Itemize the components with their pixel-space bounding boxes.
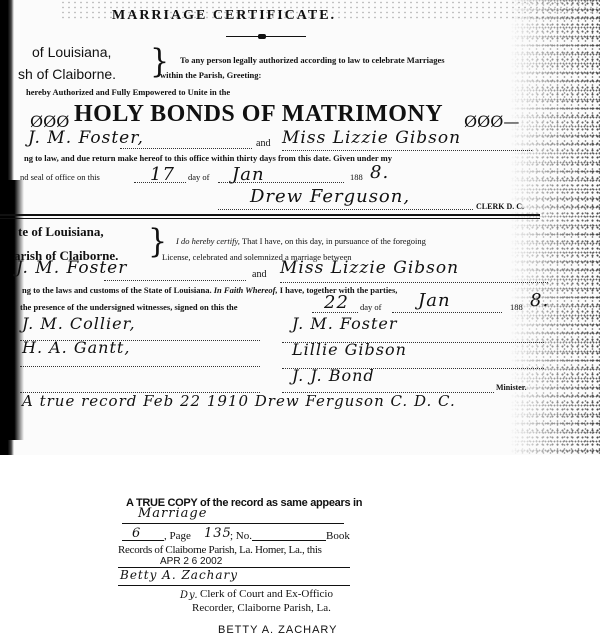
certificate-title: MARRIAGE CERTIFICATE. <box>112 8 336 24</box>
true-record-annotation: A true record Feb 22 1910 Drew Ferguson … <box>22 392 456 410</box>
stamp-line <box>118 585 350 586</box>
return-groom-dotted-line <box>104 280 246 281</box>
license-day: 17 <box>150 164 175 185</box>
stamp-no-label: ; No. <box>230 530 252 542</box>
license-year: 8. <box>370 162 389 183</box>
stamp-line <box>122 523 344 524</box>
presence-text: the presence of the undersigned witnesse… <box>20 302 238 312</box>
title-ornament <box>226 36 306 37</box>
stamp-line <box>252 540 326 541</box>
stamp-signature: Betty A. Zachary <box>120 568 238 582</box>
license-bride-name: Miss Lizzie Gibson <box>282 128 461 148</box>
stamp-page-label: , Page <box>164 530 191 542</box>
stamp-clerk-line-2: Recorder, Claiborne Parish, La. <box>192 602 331 614</box>
section-divider-top <box>0 214 540 216</box>
stamp-record-type: Marriage <box>138 506 207 521</box>
return-bride-dotted-line <box>280 282 548 283</box>
stamp-page-number: 135 <box>204 526 232 541</box>
return-month: Jan <box>418 290 451 311</box>
witness-2-line <box>20 366 260 367</box>
stamp-records-line: Records of Claiborne Parish, La. Homer, … <box>118 544 322 556</box>
license-groom-name: J. M. Foster, <box>28 128 144 148</box>
return-state: te of Louisiana, <box>18 224 104 240</box>
marriage-certificate-scan: MARRIAGE CERTIFICATE. of Louisiana, sh o… <box>0 0 600 455</box>
return-day: 22 <box>324 292 349 313</box>
return-year: 8. <box>530 290 549 311</box>
minister-signature: J. J. Bond <box>292 366 375 385</box>
certify-text: That I have, on this day, in pursuance o… <box>242 236 426 246</box>
clerk-title: CLERK D. C. <box>476 202 524 211</box>
return-instruction: ng to law, and due return make hereof to… <box>24 153 392 163</box>
certify-italic: I do hereby certify, <box>176 236 240 246</box>
faith-italic: In Faith Whereof, <box>214 285 278 295</box>
stamp-book-label: Book <box>326 530 350 542</box>
section-divider-bottom <box>0 218 540 219</box>
return-year-prefix: 188 <box>510 302 523 312</box>
stamp-book-number: 6 <box>132 526 141 541</box>
return-bride-name: Miss Lizzie Gibson <box>280 258 459 278</box>
and-label: and <box>256 138 270 149</box>
witness-2: H. A. Gantt, <box>22 338 130 357</box>
matrimony-heading: HOLY BONDS OF MATRIMONY <box>74 101 443 128</box>
title-ornament-knot <box>258 34 266 39</box>
stamp-name: BETTY A. ZACHARY <box>218 624 338 636</box>
clerk-signature: Drew Ferguson, <box>250 186 410 207</box>
license-state: of Louisiana, <box>32 44 111 60</box>
stamp-clerk-line-1: Clerk of Court and Ex-Officio <box>200 588 333 600</box>
bride-dotted-line <box>282 150 532 151</box>
return-groom-name: J. M. Foster <box>16 258 127 278</box>
stamp-line <box>122 540 164 541</box>
seal-text: nd seal of office on this <box>20 172 100 182</box>
authorized-line: hereby Authorized and Fully Empowered to… <box>26 87 230 97</box>
return-and-label: and <box>252 269 266 280</box>
return-month-dotted-line <box>392 312 502 313</box>
clerk-dotted-line <box>218 209 473 210</box>
stamp-dy-label: Dy. <box>180 590 199 601</box>
minister-label: Minister. <box>496 383 527 392</box>
license-parish: sh of Claiborne. <box>18 66 116 82</box>
year-prefix: 188 <box>350 172 363 182</box>
party-groom-signature: J. M. Foster <box>292 314 398 333</box>
scroll-ornament-right: ØØØ— <box>464 112 519 131</box>
laws-text: ng to the laws and customs of the State … <box>22 285 212 295</box>
license-month: Jan <box>232 164 265 185</box>
day-of-label: day of <box>188 172 209 182</box>
greeting-line-2: within the Parish, Greeting: <box>160 70 261 80</box>
party-bride-signature: Lillie Gibson <box>292 340 407 359</box>
witness-1: J. M. Collier, <box>22 314 136 333</box>
stamp-date: APR 2 6 2002 <box>160 556 222 567</box>
certify-line-1: I do hereby certify, That I have, on thi… <box>176 236 426 246</box>
groom-dotted-line <box>120 148 252 149</box>
return-day-of-label: day of <box>360 302 381 312</box>
greeting-line-1: To any person legally authorized accordi… <box>180 55 445 65</box>
